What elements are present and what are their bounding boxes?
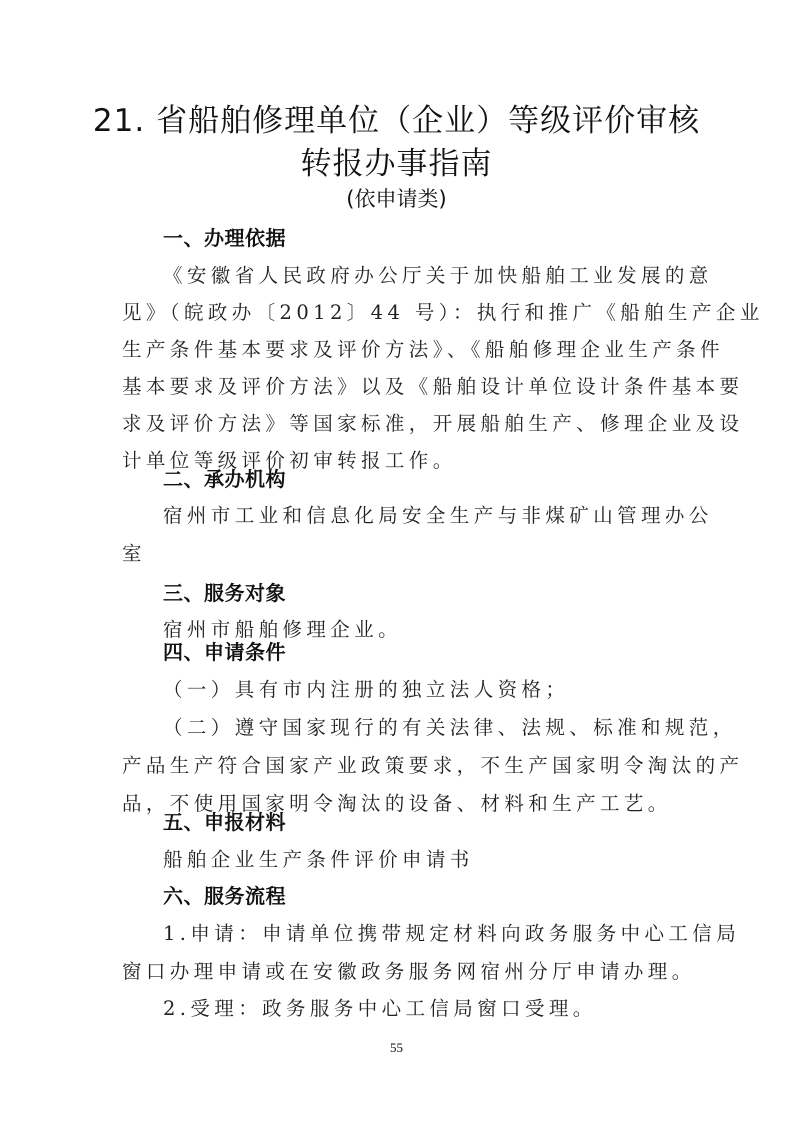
section-process-line: 窗口办理申请或在安徽政务服务网宿州分厅申请办理。 xyxy=(122,956,675,984)
section-conditions-line: （一）具有市内注册的独立法人资格； xyxy=(163,674,716,702)
section-heading-target: 三、服务对象 xyxy=(163,577,286,606)
section-heading-agency: 二、承办机构 xyxy=(163,463,286,492)
document-subtitle: (依申请类) xyxy=(0,183,793,213)
section-heading-conditions: 四、申请条件 xyxy=(163,636,286,665)
section-conditions-line: 产品生产符合国家产业政策要求，不生产国家明令淘汰的产 xyxy=(122,750,675,778)
section-basis-line: 求及评价方法》等国家标准，开展船舶生产、修理企业及设 xyxy=(122,408,675,436)
document-title-line-2: 转报办事指南 xyxy=(0,138,793,183)
document-title-line-1: 21. 省船舶修理单位（企业）等级评价审核 xyxy=(0,95,793,140)
section-basis-line: 生产条件基本要求及评价方法》、《船舶修理企业生产条件 xyxy=(122,334,675,362)
section-conditions-line: （二）遵守国家现行的有关法律、法规、标准和规范， xyxy=(163,712,716,740)
section-basis-line: 《安徽省人民政府办公厅关于加快船舶工业发展的意 xyxy=(163,260,716,288)
page-number: 55 xyxy=(0,1040,793,1056)
section-process-line: 2.受理：政务服务中心工信局窗口受理。 xyxy=(163,993,716,1021)
section-materials-line: 船舶企业生产条件评价申请书 xyxy=(163,844,716,872)
section-agency-line: 宿州市工业和信息化局安全生产与非煤矿山管理办公 xyxy=(163,500,716,528)
section-process-line: 1.申请：申请单位携带规定材料向政务服务中心工信局 xyxy=(163,918,716,946)
section-heading-basis: 一、办理依据 xyxy=(163,222,286,251)
section-agency-line: 室 xyxy=(122,538,675,566)
section-heading-materials: 五、申报材料 xyxy=(163,806,286,835)
section-basis-line: 基本要求及评价方法》以及《船舶设计单位设计条件基本要 xyxy=(122,371,675,399)
section-heading-process: 六、服务流程 xyxy=(163,880,286,909)
section-basis-line: 见》（皖政办〔2012〕44 号）：执行和推广《船舶生产企业 xyxy=(122,297,675,325)
